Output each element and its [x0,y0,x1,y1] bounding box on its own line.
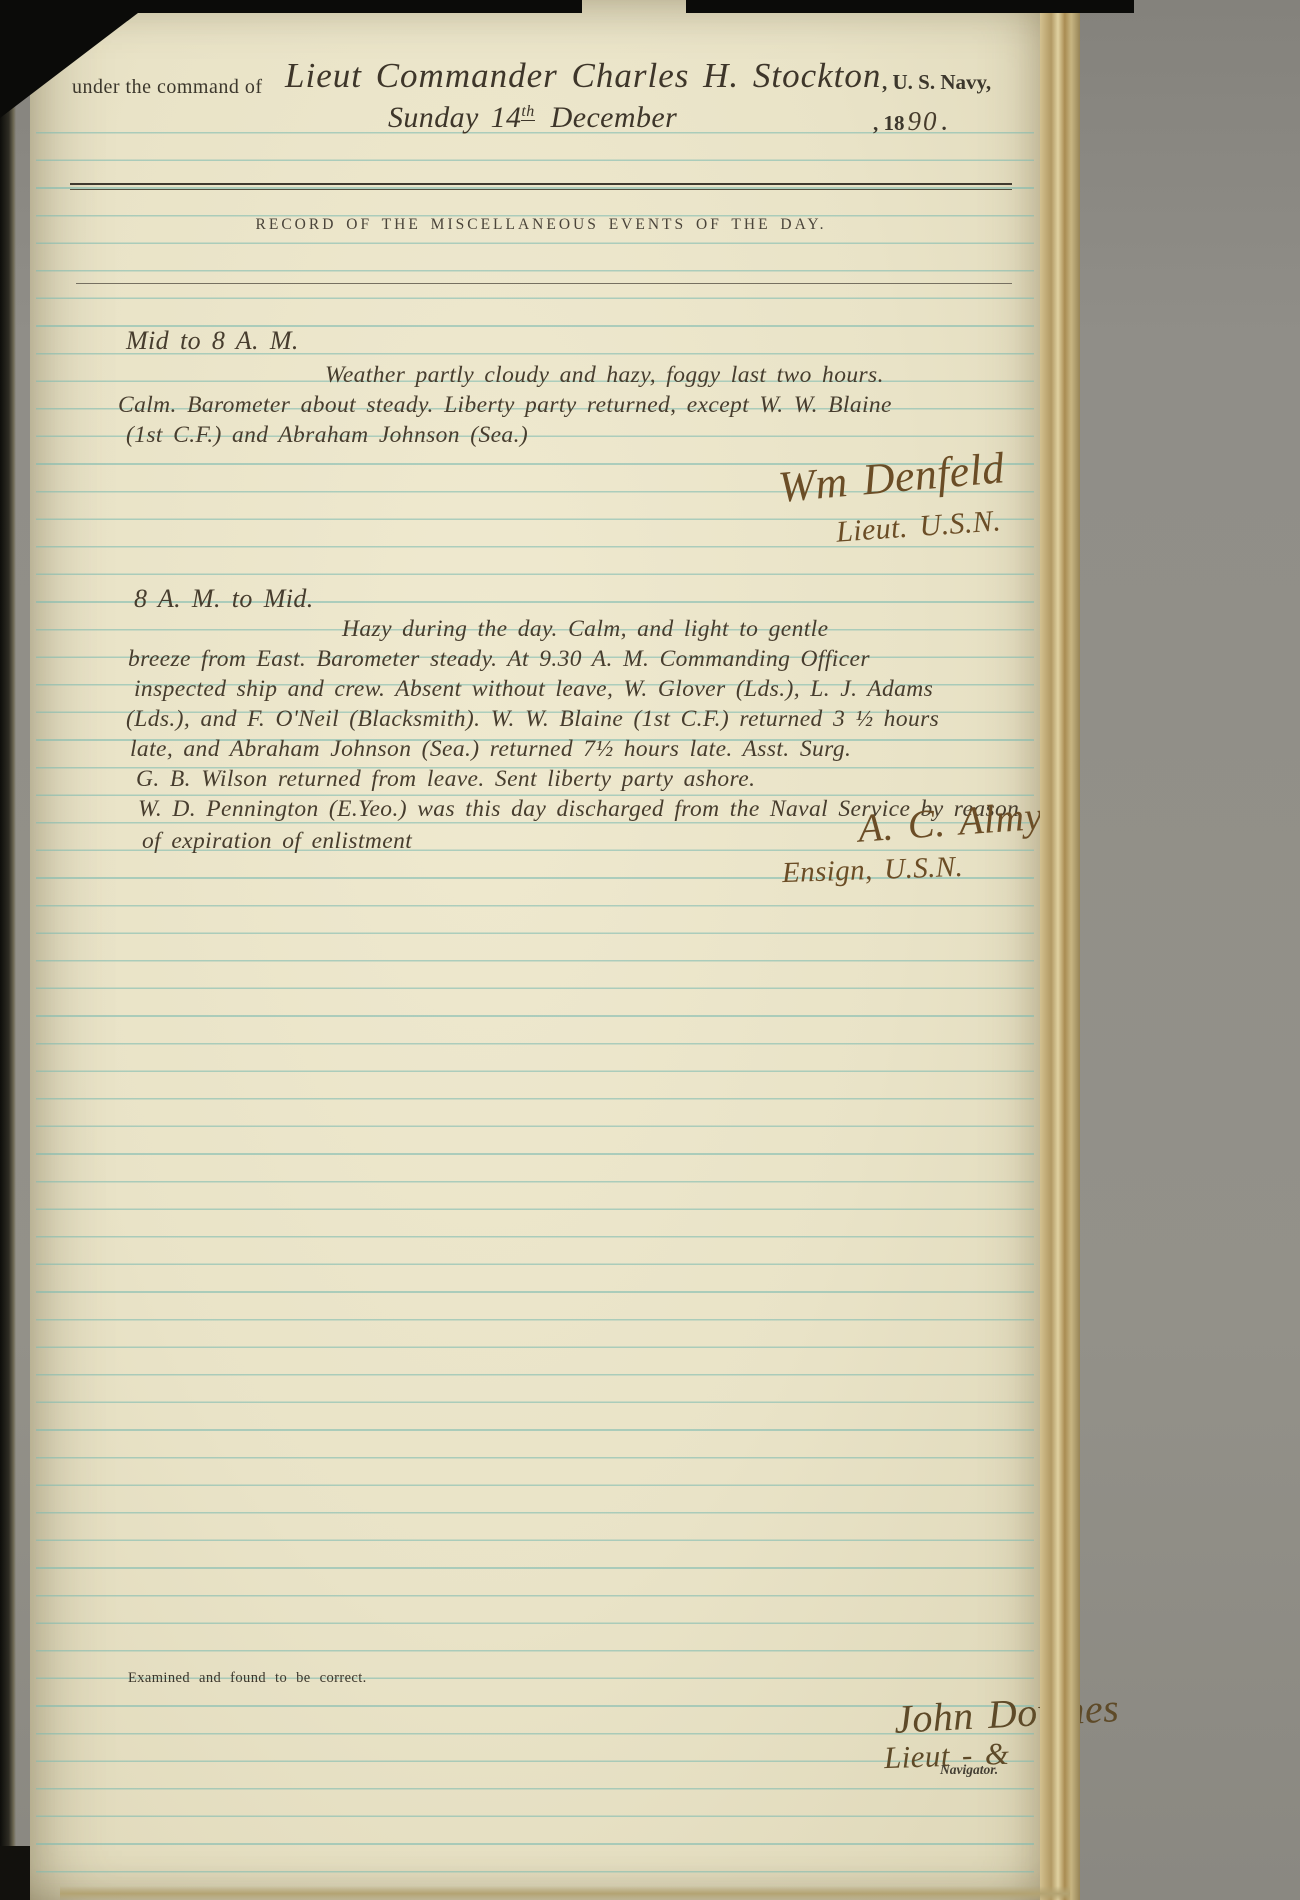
log-line: (1st C.F.) and Abraham Johnson (Sea.) [126,422,528,449]
watch-officer-rank: Lieut. U.S.N. [835,504,1002,549]
navigator-signature: John Downes [893,1684,1120,1743]
top-left-black-corner [0,0,155,118]
printed-year-period: . [942,111,947,135]
watch-officer-signature: Wm Denfeld [776,442,1006,513]
log-line: late, and Abraham Johnson (Sea.) returne… [130,736,851,763]
printed-navy-suffix: , U. S. Navy, [882,70,991,95]
printed-examined-statement: Examined and found to be correct. [128,1670,367,1687]
handwritten-year: 90 [905,106,942,136]
log-line: Calm. Barometer about steady. Liberty pa… [118,392,892,419]
double-rule-divider [70,183,1012,190]
bottom-left-black-sliver [0,1846,30,1900]
log-line: (Lds.), and F. O'Neil (Blacksmith). W. W… [126,706,939,733]
log-line: inspected ship and crew. Absent without … [134,676,933,703]
handwritten-date: Sunday 14thDecember [388,101,677,135]
book-cover-left-edge [0,0,16,1900]
handwritten-commander-name: Lieut Commander Charles H. Stockton [285,56,881,96]
watch-heading-8am-to-mid: 8 A. M. to Mid. [134,584,314,614]
logbook-page: under the command of Lieut Commander Cha… [30,0,1040,1900]
book-page-stack-edge [1040,0,1080,1900]
log-line: of expiration of enlistment [142,828,412,855]
photographed-logbook-scene: under the command of Lieut Commander Cha… [0,0,1300,1900]
date-month: December [551,101,677,134]
watch-officer-rank: Ensign, U.S.N. [781,851,963,890]
printed-navigator-label: Navigator. [940,1762,998,1778]
printed-year-prefix: , 18 [873,111,905,135]
printed-year-line: , 1890. [873,106,947,137]
page-title: RECORD OF THE MISCELLANEOUS EVENTS OF TH… [70,216,1012,234]
log-line: breeze from East. Barometer steady. At 9… [128,646,870,673]
top-black-band-right [686,0,1134,13]
bottom-page-edge-shading [60,1886,1070,1900]
date-ordinal-suffix: th [521,103,534,121]
watch-heading-mid-to-8am: Mid to 8 A. M. [126,326,299,356]
log-line: G. B. Wilson returned from leave. Sent l… [136,766,755,793]
date-day: Sunday 14 [388,101,521,134]
top-black-band-left [122,0,582,13]
log-line: Weather partly cloudy and hazy, foggy la… [325,362,884,389]
thin-rule-divider [76,283,1012,284]
log-line: Hazy during the day. Calm, and light to … [342,616,828,643]
